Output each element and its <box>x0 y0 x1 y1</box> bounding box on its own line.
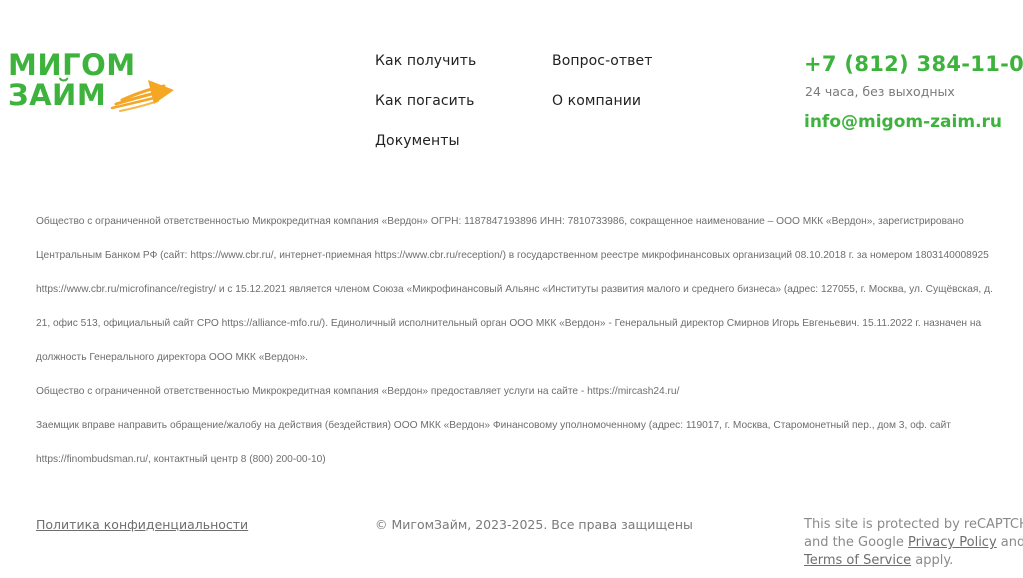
recaptcha-notice: This site is protected by reCAPTCHA and … <box>804 516 1023 570</box>
privacy-policy-link[interactable]: Политика конфиденциальности <box>36 517 248 532</box>
recaptcha-apply: apply. <box>911 553 953 568</box>
footer-page: МИГОМ ЗАЙМ Как получить Как погасить Док… <box>0 0 1023 578</box>
email-link[interactable]: info@migom-zaim.ru <box>804 112 1002 132</box>
nav-documents[interactable]: Документы <box>375 133 460 149</box>
legal-line: должность Генерального директора ООО МКК… <box>36 341 1023 375</box>
legal-line: https://finombudsman.ru/, контактный цен… <box>36 443 1023 477</box>
copyright: © МигомЗайм, 2023-2025. Все права защище… <box>375 517 693 532</box>
nav-how-to-get[interactable]: Как получить <box>375 53 476 69</box>
legal-line: Общество с ограниченной ответственностью… <box>36 375 1023 409</box>
legal-line: https://www.cbr.ru/microfinance/registry… <box>36 273 1023 307</box>
nav-faq[interactable]: Вопрос-ответ <box>552 53 652 69</box>
legal-disclaimer: Общество с ограниченной ответственностью… <box>36 205 1023 477</box>
google-privacy-policy-link[interactable]: Privacy Policy <box>908 535 997 550</box>
recaptcha-and: and <box>997 535 1023 550</box>
legal-line: Центральным Банком РФ (сайт: https://www… <box>36 239 1023 273</box>
google-terms-link[interactable]: Terms of Service <box>804 553 911 568</box>
nav-about[interactable]: О компании <box>552 93 641 109</box>
speed-arrow-icon <box>108 78 176 112</box>
legal-line: 21, офис 513, официальный сайт СРО https… <box>36 307 1023 341</box>
recaptcha-prefix: and the Google <box>804 535 908 550</box>
logo-text-line2: ЗАЙМ <box>8 80 106 110</box>
legal-line: Заемщик вправе направить обращение/жалоб… <box>36 409 1023 443</box>
legal-line: Общество с ограниченной ответственностью… <box>36 205 1023 239</box>
logo[interactable]: МИГОМ ЗАЙМ <box>8 50 173 114</box>
phone-link[interactable]: +7 (812) 384-11-01 <box>804 52 1023 76</box>
recaptcha-line1: This site is protected by reCAPTCHA <box>804 516 1023 534</box>
nav-how-to-repay[interactable]: Как погасить <box>375 93 474 109</box>
working-hours: 24 часа, без выходных <box>805 84 955 99</box>
logo-text-line1: МИГОМ <box>8 50 136 80</box>
